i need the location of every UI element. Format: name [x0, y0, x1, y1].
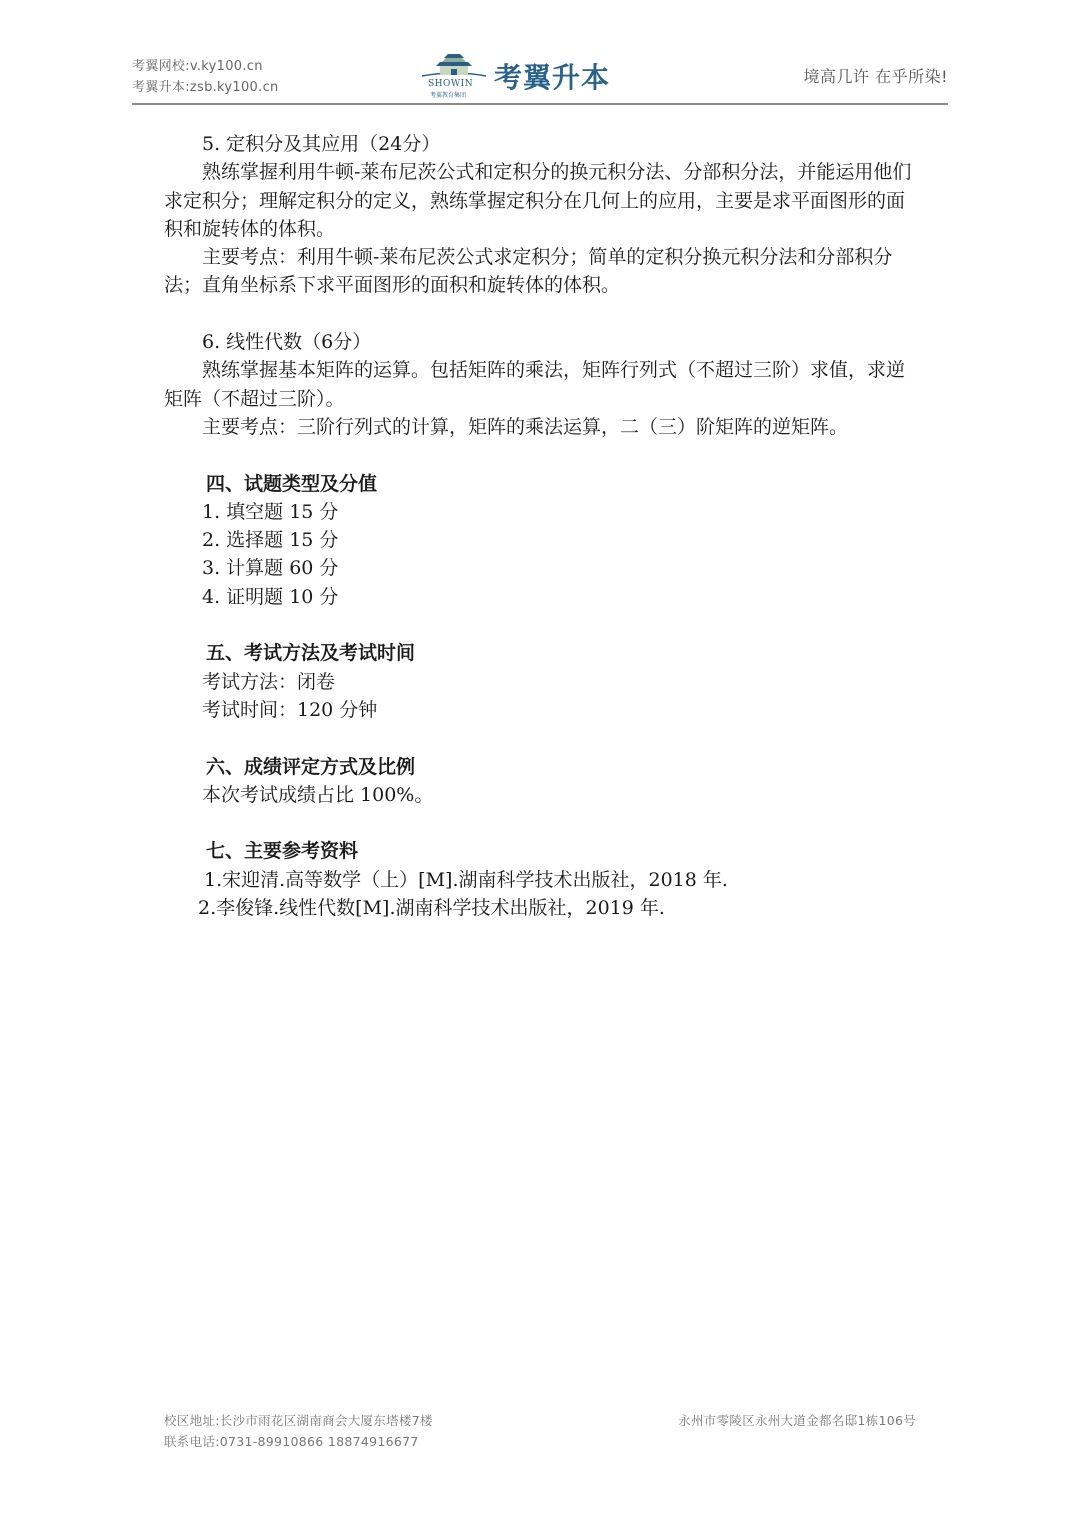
header-slogan: 境高几许 在乎所染!	[803, 64, 948, 87]
footer-address-2: 永州市零陵区永州大道金都名邸1栋106号	[678, 1410, 916, 1431]
subsection-6-key-points: 主要考点：三阶行列式的计算，矩阵的乘法运算，二（三）阶矩阵的逆矩阵。	[164, 413, 920, 441]
website-link-school[interactable]: 考翼网校:v.ky100.cn	[132, 56, 279, 77]
subsection-5-title: 5. 定积分及其应用（24分）	[164, 130, 920, 158]
website-link-upgrade[interactable]: 考翼升本:zsb.ky100.cn	[132, 77, 279, 98]
subsection-6-title: 6. 线性代数（6分）	[164, 328, 920, 356]
spacer	[164, 724, 920, 752]
reference-item: 2.李俊锋.线性代数[M].湖南科学技术出版社，2019 年.	[198, 894, 920, 922]
reference-item: 1.宋迎清.高等数学（上）[M].湖南科学技术出版社，2018 年.	[204, 866, 920, 894]
section-4-title: 四、试题类型及分值	[206, 470, 920, 498]
footer-phone: 联系电话:0731-89910866 18874916677	[164, 1431, 916, 1452]
list-item: 2. 选择题 15 分	[202, 526, 920, 554]
subsection-5-key-points: 主要考点：利用牛顿-莱布尼茨公式求定积分；简单的定积分换元积分法和分部积分法；直…	[164, 243, 920, 300]
spacer	[164, 441, 920, 469]
header-websites: 考翼网校:v.ky100.cn 考翼升本:zsb.ky100.cn	[132, 56, 279, 98]
section-6-title: 六、成绩评定方式及比例	[206, 753, 920, 781]
spacer	[164, 611, 920, 639]
document-body: 5. 定积分及其应用（24分） 熟练掌握利用牛顿-莱布尼茨公式和定积分的换元积分…	[164, 130, 920, 922]
logo-group-name: 考翼教育集团	[430, 90, 466, 99]
logo-title: 考翼升本	[494, 56, 610, 96]
grading-ratio: 本次考试成绩占比 100%。	[202, 781, 920, 809]
section-5-title: 五、考试方法及考试时间	[206, 639, 920, 667]
list-item: 3. 计算题 60 分	[202, 554, 920, 582]
subsection-5-description: 熟练掌握利用牛顿-莱布尼茨公式和定积分的换元积分法、分部积分法，并能运用他们求定…	[164, 158, 920, 243]
page-footer: 校区地址:长沙市雨花区湖南商会大厦东塔楼7楼 联系电话:0731-8991086…	[164, 1410, 916, 1452]
logo-english-name: SHOWIN	[428, 79, 473, 89]
header-divider	[132, 103, 948, 105]
exam-method: 考试方法：闭卷	[202, 668, 920, 696]
spacer	[164, 300, 920, 328]
list-item: 1. 填空题 15 分	[202, 498, 920, 526]
subsection-6-description: 熟练掌握基本矩阵的运算。包括矩阵的乘法，矩阵行列式（不超过三阶）求值，求逆矩阵（…	[164, 356, 920, 413]
list-item: 4. 证明题 10 分	[202, 583, 920, 611]
exam-time: 考试时间：120 分钟	[202, 696, 920, 724]
page-header: 考翼网校:v.ky100.cn 考翼升本:zsb.ky100.cn SHOWIN…	[132, 52, 948, 106]
section-7-title: 七、主要参考资料	[206, 837, 920, 865]
building-emblem-icon: SHOWIN 考翼教育集团	[420, 52, 488, 100]
spacer	[164, 809, 920, 837]
brand-logo: SHOWIN 考翼教育集团 考翼升本	[420, 52, 610, 100]
